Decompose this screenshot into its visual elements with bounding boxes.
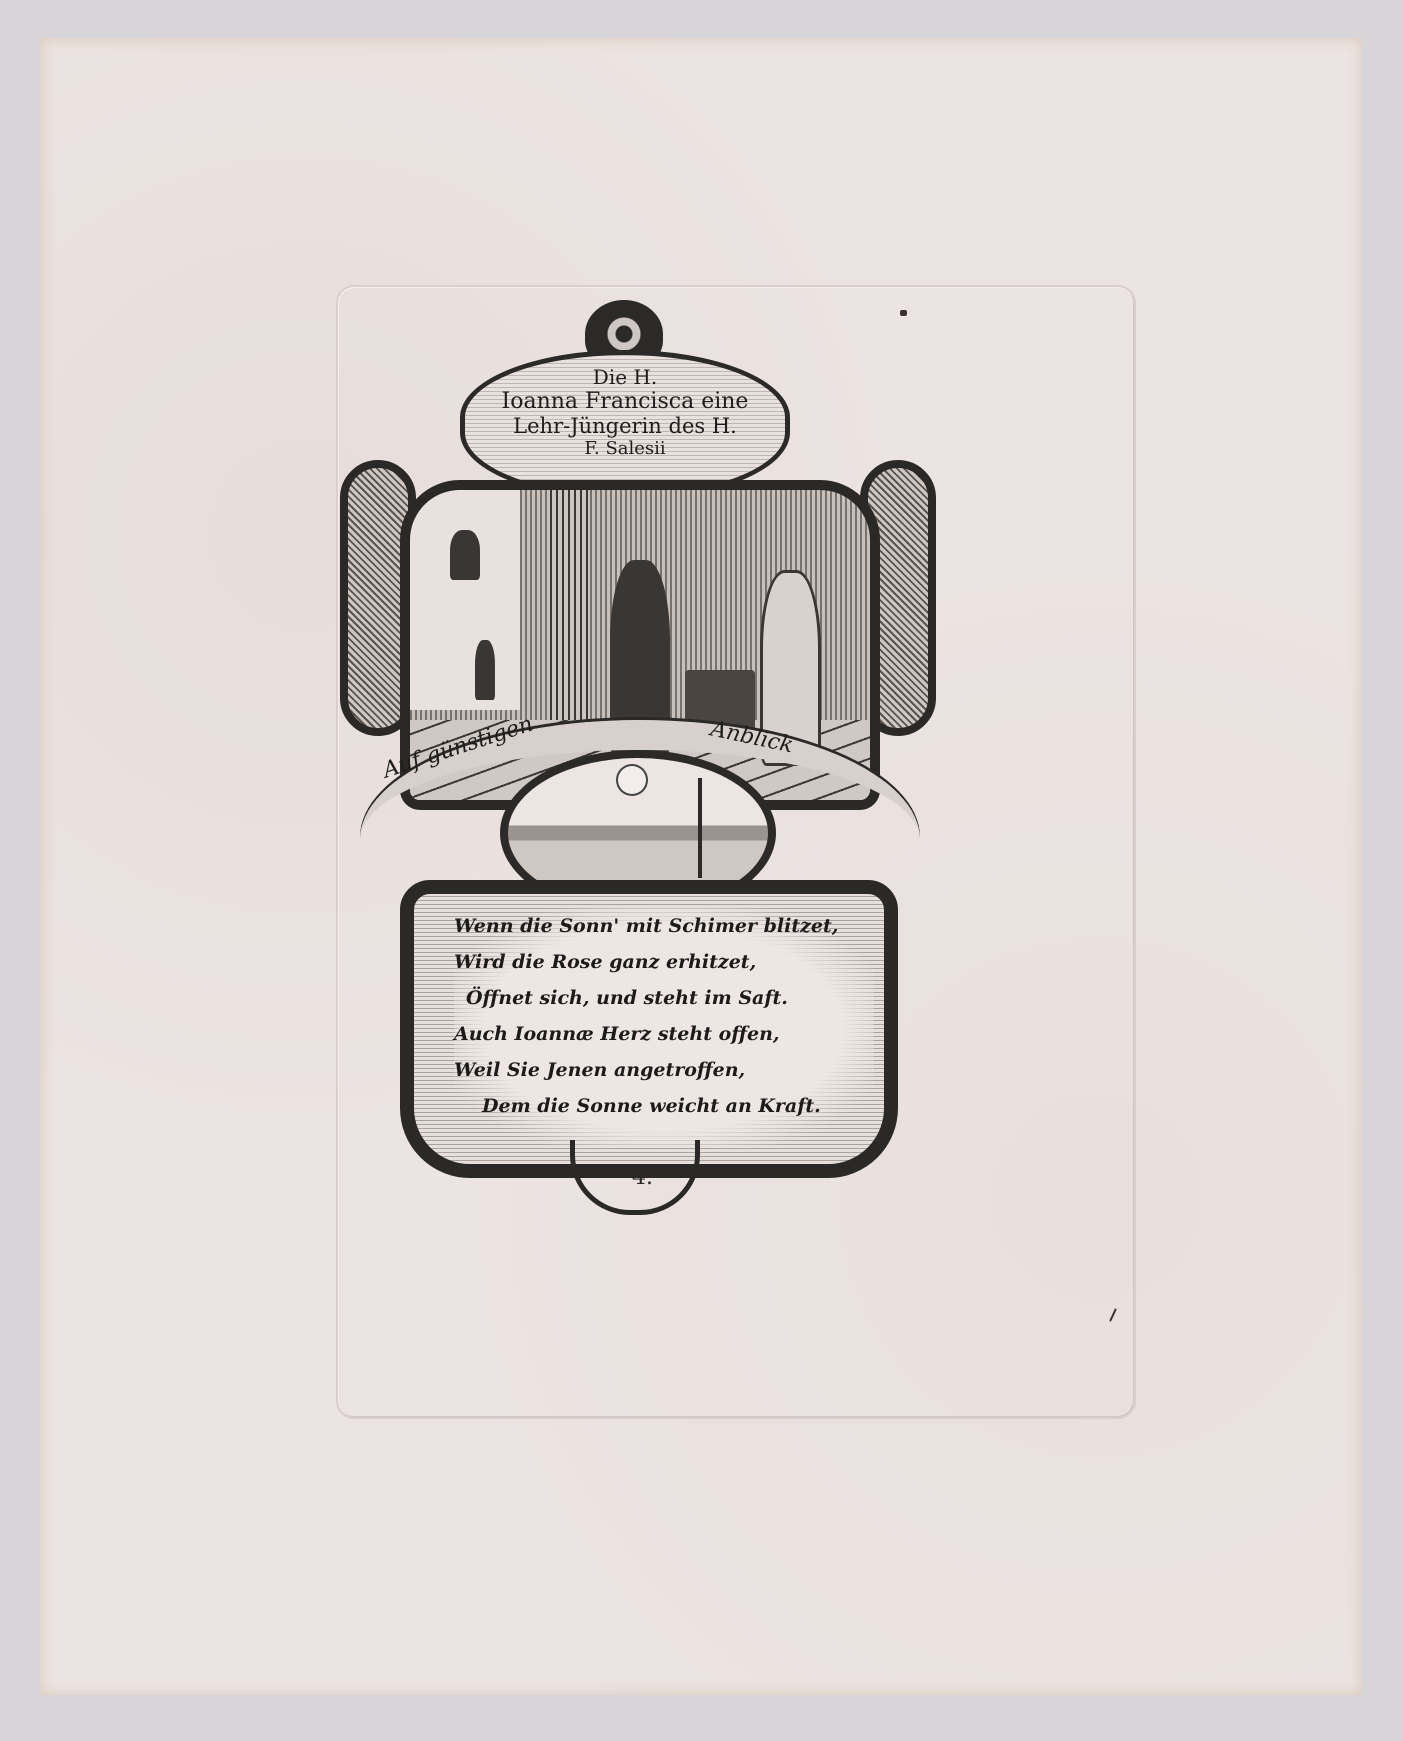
- title-line-3: Lehr-Jüngerin des H.: [465, 414, 785, 438]
- verse-line: Weil Sie Jenen angetroffen,: [454, 1052, 874, 1088]
- sun-face-icon: [618, 766, 646, 794]
- plate-number: 4.: [632, 1165, 653, 1190]
- verse-line: Wird die Rose ganz erhitzet,: [454, 944, 874, 980]
- title-line-2: Ioanna Francisca eine: [465, 389, 785, 414]
- verse-cartouche: Wenn die Sonn' mit Schimer blitzet, Wird…: [400, 880, 898, 1178]
- verse-line: Wenn die Sonn' mit Schimer blitzet,: [454, 908, 874, 944]
- rose-bush: [698, 778, 702, 878]
- title-line-4: F. Salesii: [465, 438, 785, 459]
- pillar: [550, 490, 590, 740]
- engraving: Die H. Ioanna Francisca eine Lehr-Jünger…: [340, 280, 1040, 1400]
- title-cartouche: Die H. Ioanna Francisca eine Lehr-Jünger…: [460, 350, 790, 500]
- verse-line: Öffnet sich, und steht im Saft.: [454, 980, 874, 1016]
- verse-line: Auch Ioannæ Herz steht offen,: [454, 1016, 874, 1052]
- title-line-1: Die H.: [465, 365, 785, 389]
- verse-text-area: Wenn die Sonn' mit Schimer blitzet, Wird…: [454, 908, 874, 1148]
- sky-window: [410, 490, 520, 710]
- kneeling-woman-figure: [475, 640, 495, 700]
- verse-line: Dem die Sonne weicht an Kraft.: [454, 1088, 874, 1124]
- angel-figure: [450, 530, 480, 580]
